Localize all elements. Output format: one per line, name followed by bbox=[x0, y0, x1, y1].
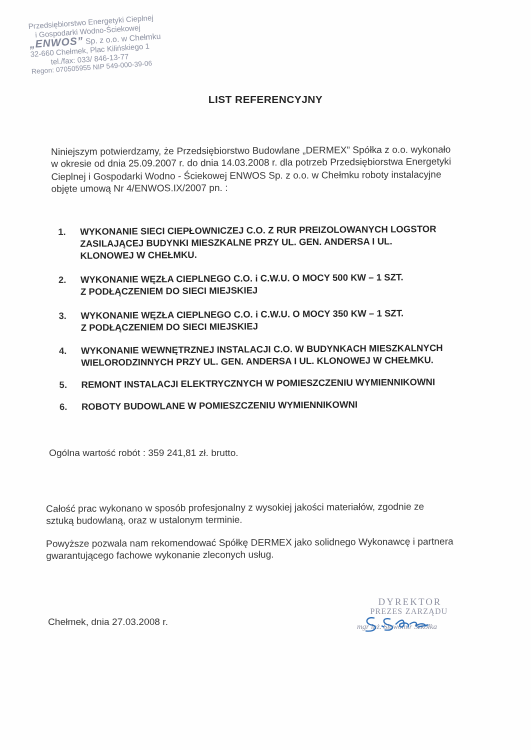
quality-paragraph: Całość prac wykonano w sposób profesjona… bbox=[46, 501, 516, 528]
item-line: WIELORODZINNYCH PRZY UL. GEN. ANDERSA I … bbox=[81, 353, 529, 369]
works-list-item: 6. ROBOTY BUDOWLANE W POMIESZCZENIU WYMI… bbox=[59, 397, 529, 413]
item-number: 6. bbox=[59, 401, 67, 413]
reference-letter-page: Przedsiębiorstwo Energetyki Cieplnej i G… bbox=[0, 0, 531, 750]
works-list-item: 4. WYKONANIE WEWNĘTRZNEJ INSTALACJI C.O.… bbox=[59, 341, 529, 369]
intro-line: objęte umową Nr 4/ENWOS.IX/2007 pn. : bbox=[51, 181, 521, 196]
item-number: 2. bbox=[58, 274, 66, 286]
signature-stamp: DYREKTOR PREZES ZARZĄDU mgr inż. Sławomi… bbox=[330, 598, 470, 631]
item-number: 5. bbox=[59, 379, 67, 391]
item-line: Z PODŁĄCZENIEM DO SIECI MIEJSKIEJ bbox=[80, 282, 528, 298]
paragraph-line: sztuką budowlaną, oraz w ustalonym termi… bbox=[46, 513, 516, 528]
total-value: Ogólna wartość robót : 359 241,81 zł. br… bbox=[49, 448, 238, 459]
place-and-date: Chełmek, dnia 27.03.2008 r. bbox=[48, 617, 168, 628]
works-list-item: 5. REMONT INSTALACJI ELEKTRYCZNYCH W POM… bbox=[59, 375, 529, 391]
company-stamp: Przedsiębiorstwo Energetyki Cieplnej i G… bbox=[28, 12, 182, 78]
item-number: 3. bbox=[59, 310, 67, 322]
item-line: REMONT INSTALACJI ELEKTRYCZNYCH W POMIES… bbox=[81, 375, 529, 391]
works-list-item: 2. WYKONANIE WĘZŁA CIEPLNEGO C.O. i C.W.… bbox=[58, 270, 528, 298]
intro-paragraph: Niniejszym potwierdzamy, że Przedsiębior… bbox=[51, 144, 521, 196]
item-line: Z PODŁĄCZENIEM DO SIECI MIEJSKIEJ bbox=[81, 318, 529, 334]
item-line: ROBOTY BUDOWLANE W POMIESZCZENIU WYMIENN… bbox=[81, 397, 529, 413]
letter-title: LIST REFERENCYJNY bbox=[0, 94, 531, 106]
item-line: KLONOWEJ W CHEŁMKU. bbox=[80, 246, 528, 262]
item-number: 4. bbox=[59, 345, 67, 357]
works-list: 1. WYKONANIE SIECI CIEPŁOWNICZEJ C.O. Z … bbox=[58, 222, 529, 413]
works-list-item: 3. WYKONANIE WĘZŁA CIEPLNEGO C.O. i C.W.… bbox=[59, 306, 529, 334]
handwritten-signature-icon bbox=[360, 610, 430, 636]
paragraph-line: gwarantującego fachowe wykonanie zlecony… bbox=[46, 548, 516, 563]
item-number: 1. bbox=[58, 226, 66, 238]
recommendation-paragraph: Powyższe pozwala nam rekomendować Spółkę… bbox=[46, 536, 516, 563]
works-list-item: 1. WYKONANIE SIECI CIEPŁOWNICZEJ C.O. Z … bbox=[58, 222, 528, 262]
